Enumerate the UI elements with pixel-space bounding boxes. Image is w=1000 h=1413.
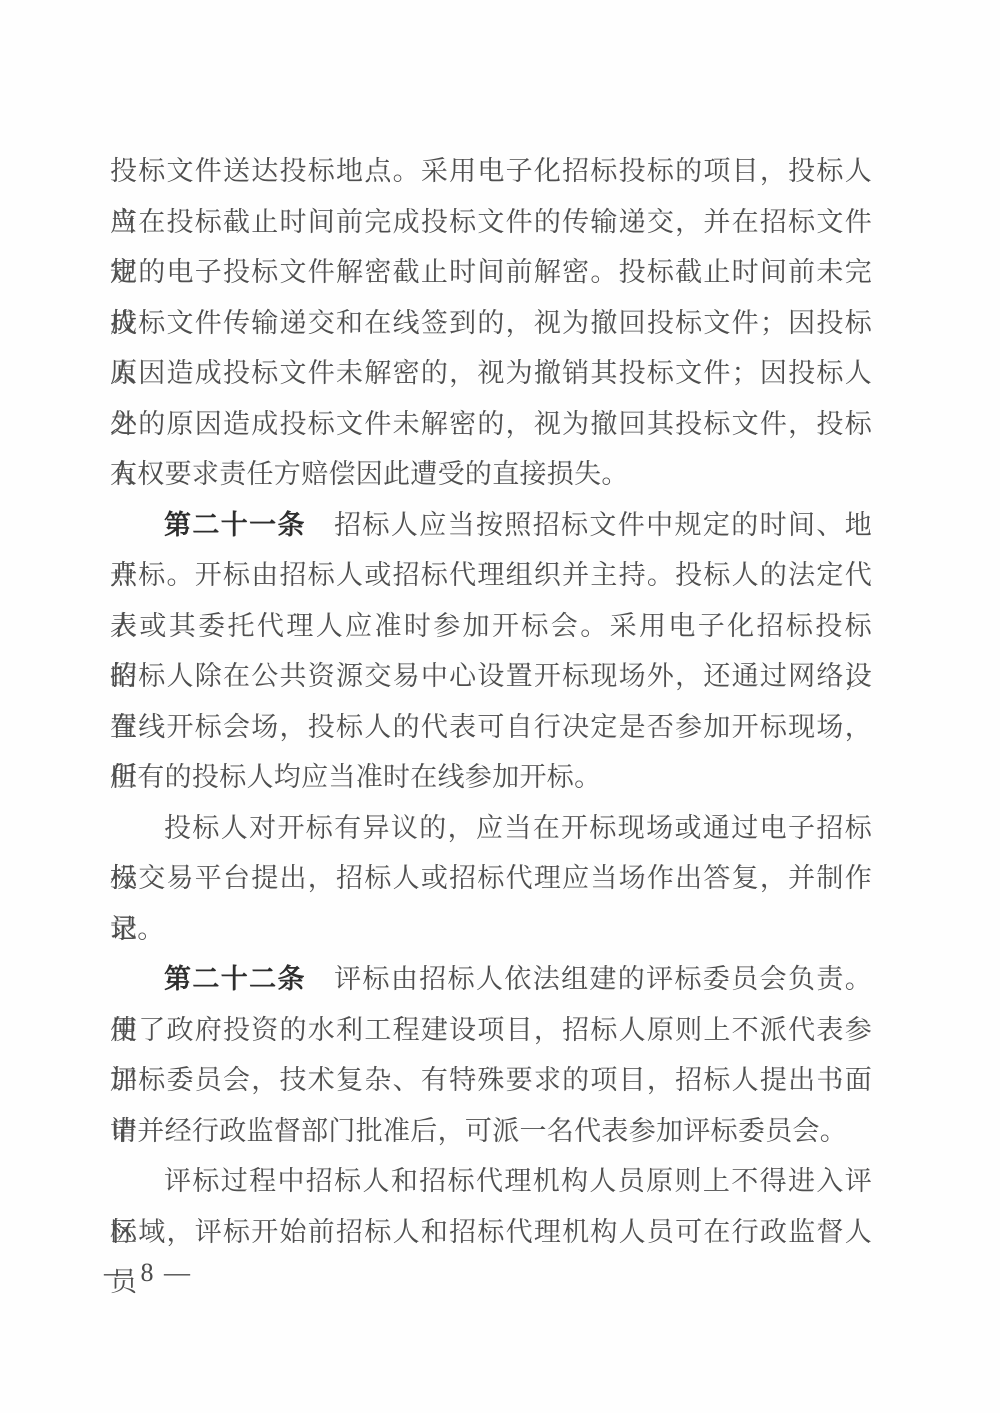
text-line-paragraph-end: 录。: [110, 904, 872, 955]
page-number: — 8 —: [104, 1256, 192, 1290]
text-line: 开标。开标由招标人或招标代理组织并主持。投标人的法定代表: [110, 550, 872, 601]
text-line: 外的原因造成投标文件未解密的，视为撤回其投标文件，投标人: [110, 399, 872, 450]
text-line: 定的电子投标文件解密截止时间前解密。投标截止时间前未完成: [110, 247, 872, 298]
text-line: 投标文件传输递交和在线签到的，视为撤回投标文件；因投标人: [110, 298, 872, 349]
text-line-paragraph-start: 投标人对开标有异议的，应当在开标现场或通过电子招标投: [110, 803, 872, 854]
article-22-number: 第二十二条: [164, 964, 306, 994]
article-21-heading-line: 第二十一条 招标人应当按照招标文件中规定的时间、地点: [110, 500, 872, 551]
text-line-paragraph-end: 有权要求责任方赔偿因此遭受的直接损失。: [110, 449, 872, 500]
article-21-number: 第二十一条: [164, 510, 306, 540]
article-22-heading-line: 第二十二条 评标由招标人依法组建的评标委员会负责。使: [110, 954, 872, 1005]
text-line-paragraph-end: 所有的投标人均应当准时在线参加开标。: [110, 752, 872, 803]
text-line: 评标委员会，技术复杂、有特殊要求的项目，招标人提出书面申: [110, 1055, 872, 1106]
document-page: 投标文件送达投标地点。采用电子化招标投标的项目，投标人应 当在投标截止时间前完成…: [0, 0, 1000, 1413]
text-line: 原因造成投标文件未解密的，视为撤销其投标文件；因投标人之: [110, 348, 872, 399]
text-line: 投标文件送达投标地点。采用电子化招标投标的项目，投标人应: [110, 146, 872, 197]
text-line-paragraph-start: 评标过程中招标人和招标代理机构人员原则上不得进入评标: [110, 1156, 872, 1207]
text-line: 标交易平台提出，招标人或招标代理应当场作出答复，并制作记: [110, 853, 872, 904]
document-text-block: 投标文件送达投标地点。采用电子化招标投标的项目，投标人应 当在投标截止时间前完成…: [110, 146, 872, 1257]
text-line-paragraph-end: 请并经行政监督部门批准后，可派一名代表参加评标委员会。: [110, 1106, 872, 1157]
text-line: 人或其委托代理人应准时参加开标会。采用电子化招标投标的，: [110, 601, 872, 652]
text-line: 用了政府投资的水利工程建设项目，招标人原则上不派代表参加: [110, 1005, 872, 1056]
text-line: 招标人除在公共资源交易中心设置开标现场外，还通过网络设置: [110, 651, 872, 702]
text-line: 在线开标会场，投标人的代表可自行决定是否参加开标现场，但: [110, 702, 872, 753]
text-line: 区域，评标开始前招标人和招标代理机构人员可在行政监督人员: [110, 1207, 872, 1258]
text-line: 当在投标截止时间前完成投标文件的传输递交，并在招标文件规: [110, 197, 872, 248]
